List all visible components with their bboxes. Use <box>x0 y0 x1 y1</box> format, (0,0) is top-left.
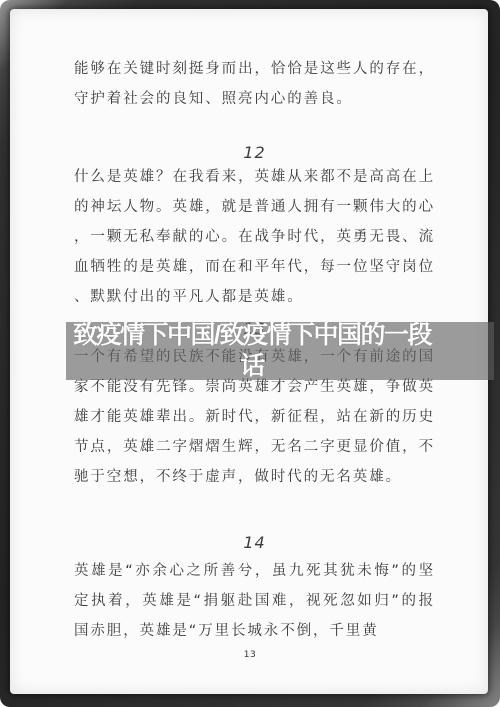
paragraph-text: 什么是英雄？在我看来，英雄从来都不是高高在上的神坛人物。英雄，就是普通人拥有一颗… <box>74 162 435 312</box>
page-number: 13 <box>0 650 500 660</box>
paragraph-text: 英雄是“亦余心之所善兮，虽九死其犹未悔”的坚定执着，英雄是“捐躯赴国难，视死忽如… <box>74 556 435 646</box>
paragraph-number-14: 14 <box>74 532 435 554</box>
screenshot-canvas: 能够在关键时刻挺身而出，恰恰是这些人的存在，守护着社会的良知、照亮内心的善良。 … <box>0 0 500 707</box>
paragraph-number-12: 12 <box>74 142 435 164</box>
paragraph-text: 能够在关键时刻挺身而出，恰恰是这些人的存在，守护着社会的良知、照亮内心的善良。 <box>74 54 435 114</box>
article-title-overlay: 致疫情下中国/致疫情下中国的一段话 <box>66 320 438 382</box>
